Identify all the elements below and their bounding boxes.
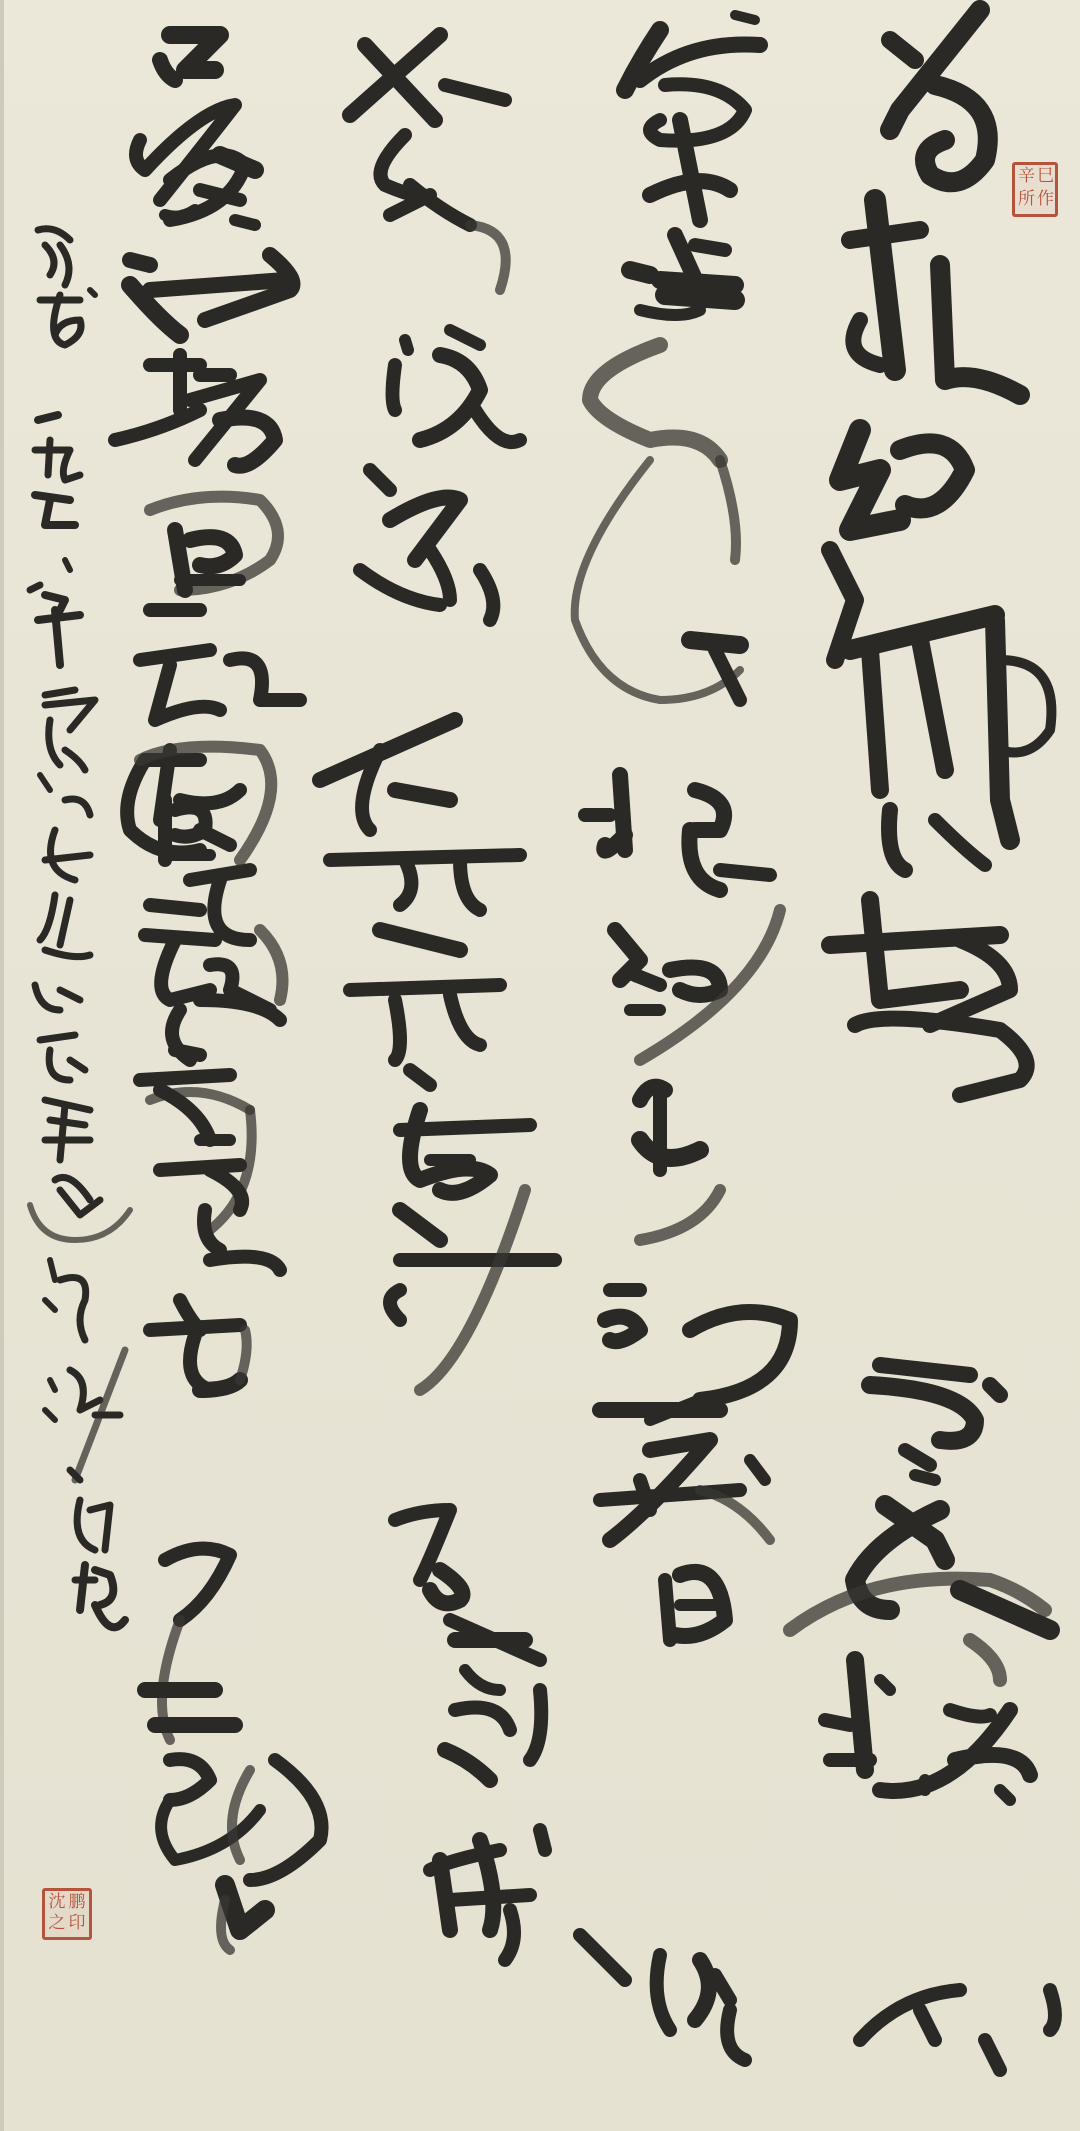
inscription-title: 浣溪沙 xyxy=(95,215,96,218)
column-4 xyxy=(115,35,300,1230)
inscription-signature: 沈鹏 xyxy=(95,219,96,221)
column-2 xyxy=(575,15,790,2060)
column-1 xyxy=(790,10,1055,2070)
calligraphy-scroll: 辛 巳 所 作 沈 鹏 之 印 浣溪沙 沈鹏 xyxy=(0,0,1080,2131)
seal-glyph: 所 xyxy=(1018,191,1035,212)
seal-glyph: 沈 xyxy=(48,1894,66,1913)
inscription-text: 浣溪沙 沈鹏 xyxy=(36,215,96,221)
bottom-left-seal: 沈 鹏 之 印 xyxy=(42,1888,92,1940)
top-right-seal: 辛 巳 所 作 xyxy=(1012,162,1058,217)
calligraphy-ink-strokes xyxy=(0,0,1080,2131)
seal-glyph: 之 xyxy=(48,1915,66,1934)
column-3 xyxy=(320,35,555,1960)
seal-glyph: 巳 xyxy=(1037,168,1054,189)
seal-glyph: 印 xyxy=(68,1915,86,1934)
seal-glyph: 辛 xyxy=(1018,168,1035,189)
seal-glyph: 鹏 xyxy=(68,1894,86,1913)
seal-glyph: 作 xyxy=(1037,191,1054,212)
